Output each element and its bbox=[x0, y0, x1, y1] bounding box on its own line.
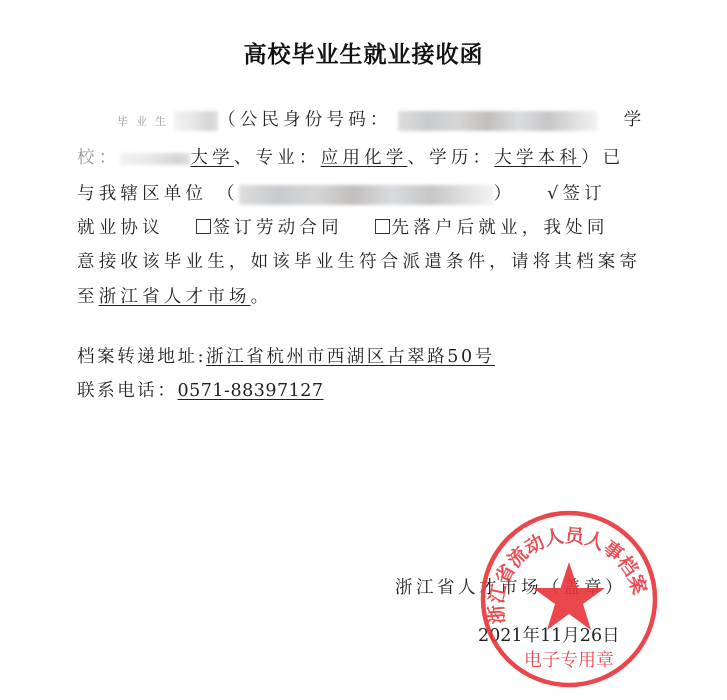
address-label: 档案转递地址: bbox=[77, 347, 206, 367]
phone-value: 0571-88397127 bbox=[178, 381, 324, 401]
address-line: 档案转递地址:浙江省杭州市西湖区古翠路50号 bbox=[77, 343, 495, 368]
body-line-2: 校：大学、专业：应用化学、学历：大学本科）已 bbox=[77, 144, 624, 169]
option3-checkbox bbox=[375, 219, 390, 234]
option1-checkmark: √ bbox=[547, 184, 562, 204]
option1-label-start: 签订 bbox=[563, 184, 606, 204]
phone-line: 联系电话：0571-88397127 bbox=[77, 377, 324, 402]
open-paren: （ bbox=[217, 184, 239, 204]
line6-prefix: 至 bbox=[77, 287, 99, 307]
redacted-name-fragment: 毕业生 bbox=[117, 115, 174, 128]
body-line-5: 意接收该毕业生，如该毕业生符合派遣条件，请将其档案寄 bbox=[77, 248, 641, 273]
destination: 浙江省人才市场 bbox=[99, 287, 251, 307]
school-value: 大学 bbox=[190, 148, 233, 168]
official-seal-stamp: 浙江省流动人员人事档案 电子专用章 bbox=[478, 508, 660, 690]
unit-label: 与我辖区单位 bbox=[77, 184, 207, 204]
close-paren: ） bbox=[494, 184, 516, 204]
option2-label: 签订劳动合同 bbox=[213, 218, 343, 238]
line2-tail: ）已 bbox=[581, 148, 624, 168]
redacted-id-number bbox=[398, 111, 598, 131]
degree-label: 、学历： bbox=[407, 148, 494, 168]
line6-suffix: 。 bbox=[251, 287, 273, 307]
school-label-start: 学 bbox=[624, 110, 646, 130]
line4-tail: ，我处同 bbox=[522, 218, 609, 238]
option3-label: 先落户后就业 bbox=[392, 218, 522, 238]
redacted-school-name bbox=[120, 153, 190, 165]
major-label: 、专业： bbox=[234, 148, 321, 168]
body-line-6: 至浙江省人才市场。 bbox=[77, 283, 272, 308]
address-value: 浙江省杭州市西湖区古翠路50号 bbox=[206, 347, 495, 367]
body-line-3: 与我辖区单位 （） √签订 bbox=[77, 180, 606, 205]
phone-label: 联系电话： bbox=[77, 381, 178, 401]
star-icon bbox=[533, 562, 605, 630]
redacted-unit-name bbox=[239, 185, 494, 205]
redacted-name bbox=[174, 111, 218, 131]
stamp-bottom-text: 电子专用章 bbox=[524, 650, 614, 671]
school-label-end: 校： bbox=[77, 148, 120, 168]
id-label: （公民身份号码： bbox=[218, 110, 392, 130]
degree-value: 大学本科 bbox=[494, 148, 581, 168]
body-line-1: 毕业生（公民身份号码：学 bbox=[77, 106, 645, 131]
body-line-4: 就业协议 签订劳动合同 先落户后就业，我处同 bbox=[77, 214, 609, 239]
major-value: 应用化学 bbox=[321, 148, 408, 168]
option2-checkbox bbox=[196, 219, 211, 234]
page-title: 高校毕业生就业接收函 bbox=[0, 36, 727, 69]
option1-label-end: 就业协议 bbox=[77, 218, 164, 238]
